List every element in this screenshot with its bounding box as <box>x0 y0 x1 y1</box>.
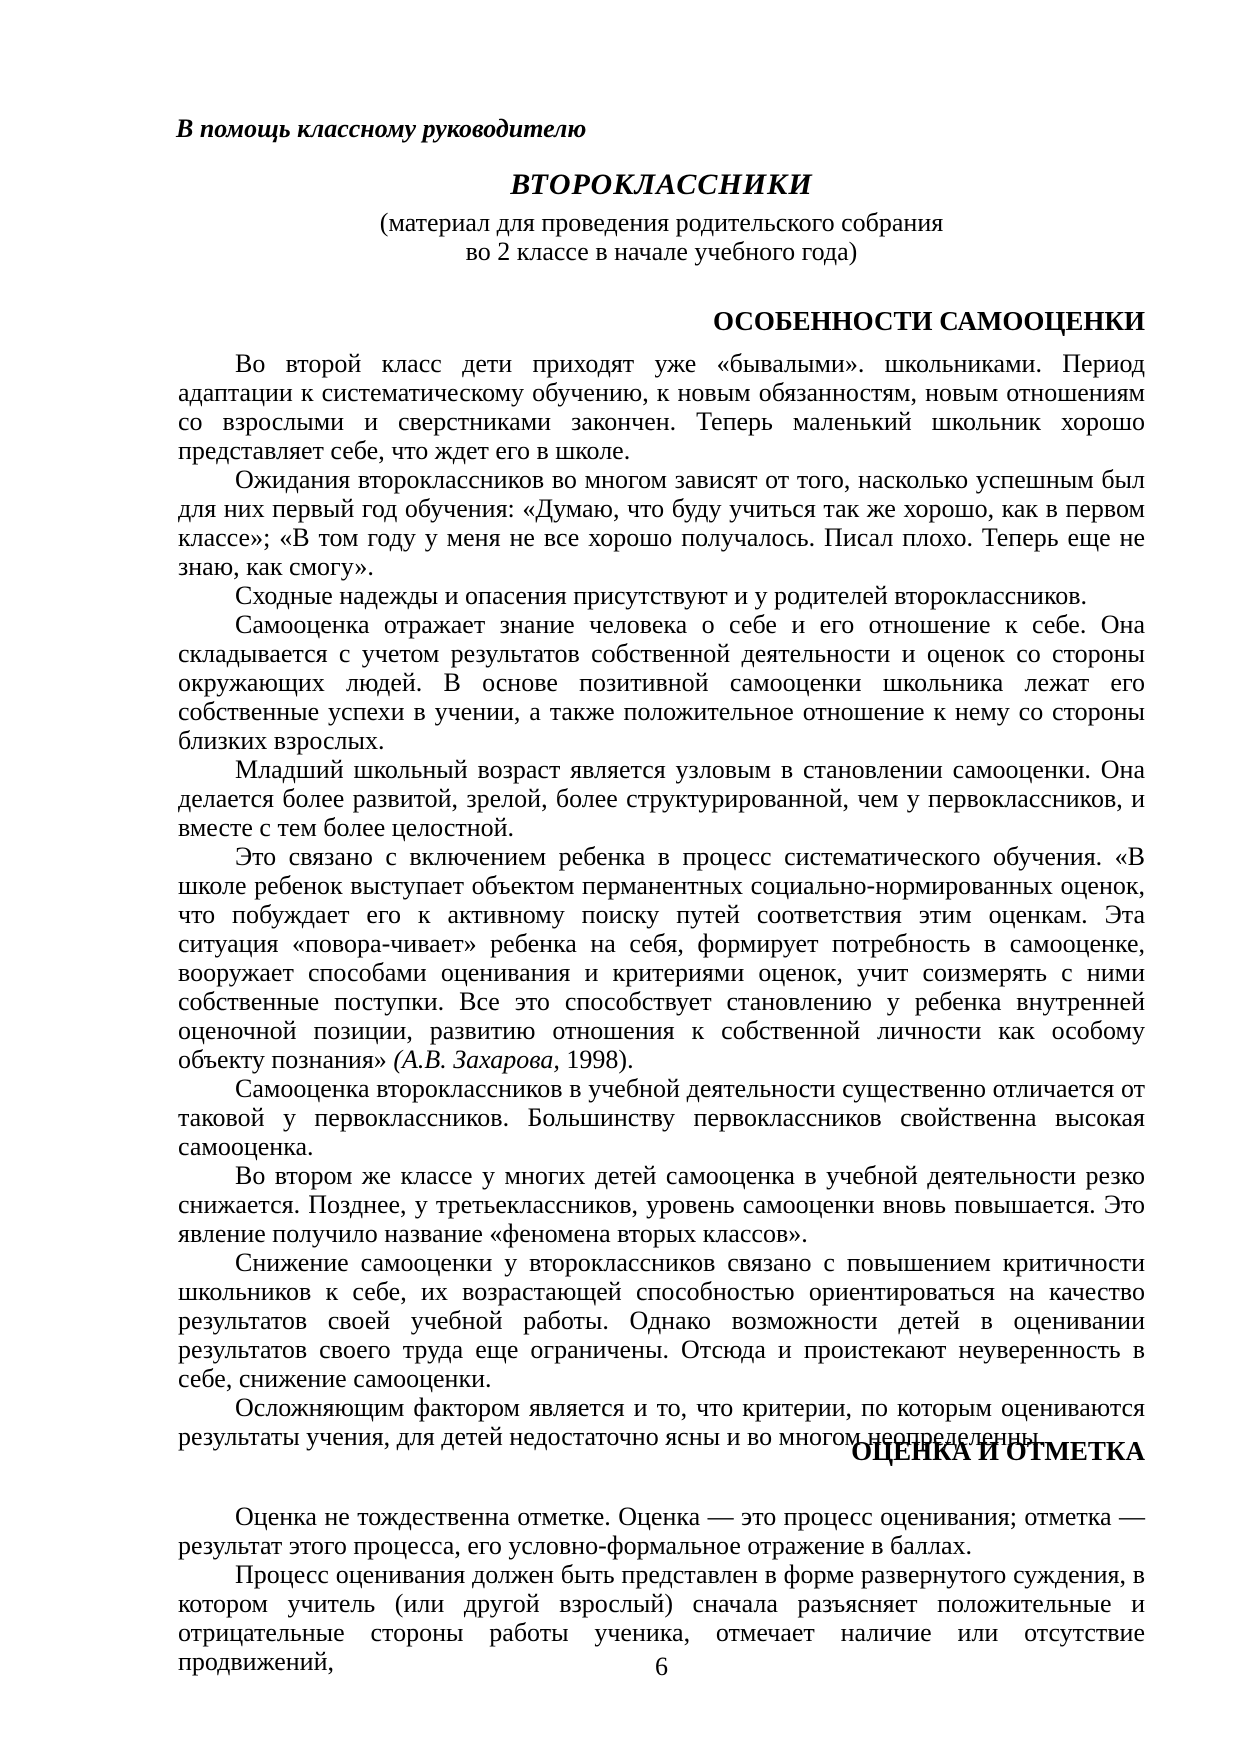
paragraph-with-citation: Это связано с включением ребенка в проце… <box>178 842 1145 1074</box>
page-number: 6 <box>178 1652 1145 1682</box>
paragraph-text: Это связано с включением ребенка в проце… <box>178 842 1145 1074</box>
paragraph: Самооценка второклассников в учебной дея… <box>178 1074 1145 1161</box>
paragraph-text: 1998). <box>560 1045 634 1074</box>
doc-subtitle-line1: (материал для проведения родительского с… <box>178 208 1145 238</box>
section-heading-grade-and-mark: ОЦЕНКА И ОТМЕТКА <box>178 1436 1145 1467</box>
section-body-self-esteem: Во второй класс дети приходят уже «бывал… <box>178 349 1145 1451</box>
document-page: В помощь классному руководителю ВТОРОКЛА… <box>0 0 1241 1753</box>
paragraph: Снижение самооценки у второклассников св… <box>178 1248 1145 1393</box>
header-note: В помощь классному руководителю <box>176 114 586 144</box>
paragraph: Сходные надежды и опасения присутствуют … <box>178 581 1145 610</box>
paragraph: Самооценка отражает знание человека о се… <box>178 610 1145 755</box>
section-heading-self-esteem: ОСОБЕННОСТИ САМООЦЕНКИ <box>178 306 1145 337</box>
paragraph: Оценка не тождественна отметке. Оценка —… <box>178 1502 1145 1560</box>
paragraph: Во втором же классе у многих детей самоо… <box>178 1161 1145 1248</box>
section-body-grade-and-mark: Оценка не тождественна отметке. Оценка —… <box>178 1502 1145 1676</box>
paragraph: Во второй класс дети приходят уже «бывал… <box>178 349 1145 465</box>
paragraph: Младший школьный возраст является узловы… <box>178 755 1145 842</box>
paragraph: Ожидания второклассников во многом завис… <box>178 465 1145 581</box>
doc-subtitle-line2: во 2 классе в начале учебного года) <box>178 237 1145 267</box>
doc-title: ВТОРОКЛАССНИКИ <box>178 168 1145 202</box>
citation-author-italic: (А.В. Захарова, <box>393 1045 560 1074</box>
